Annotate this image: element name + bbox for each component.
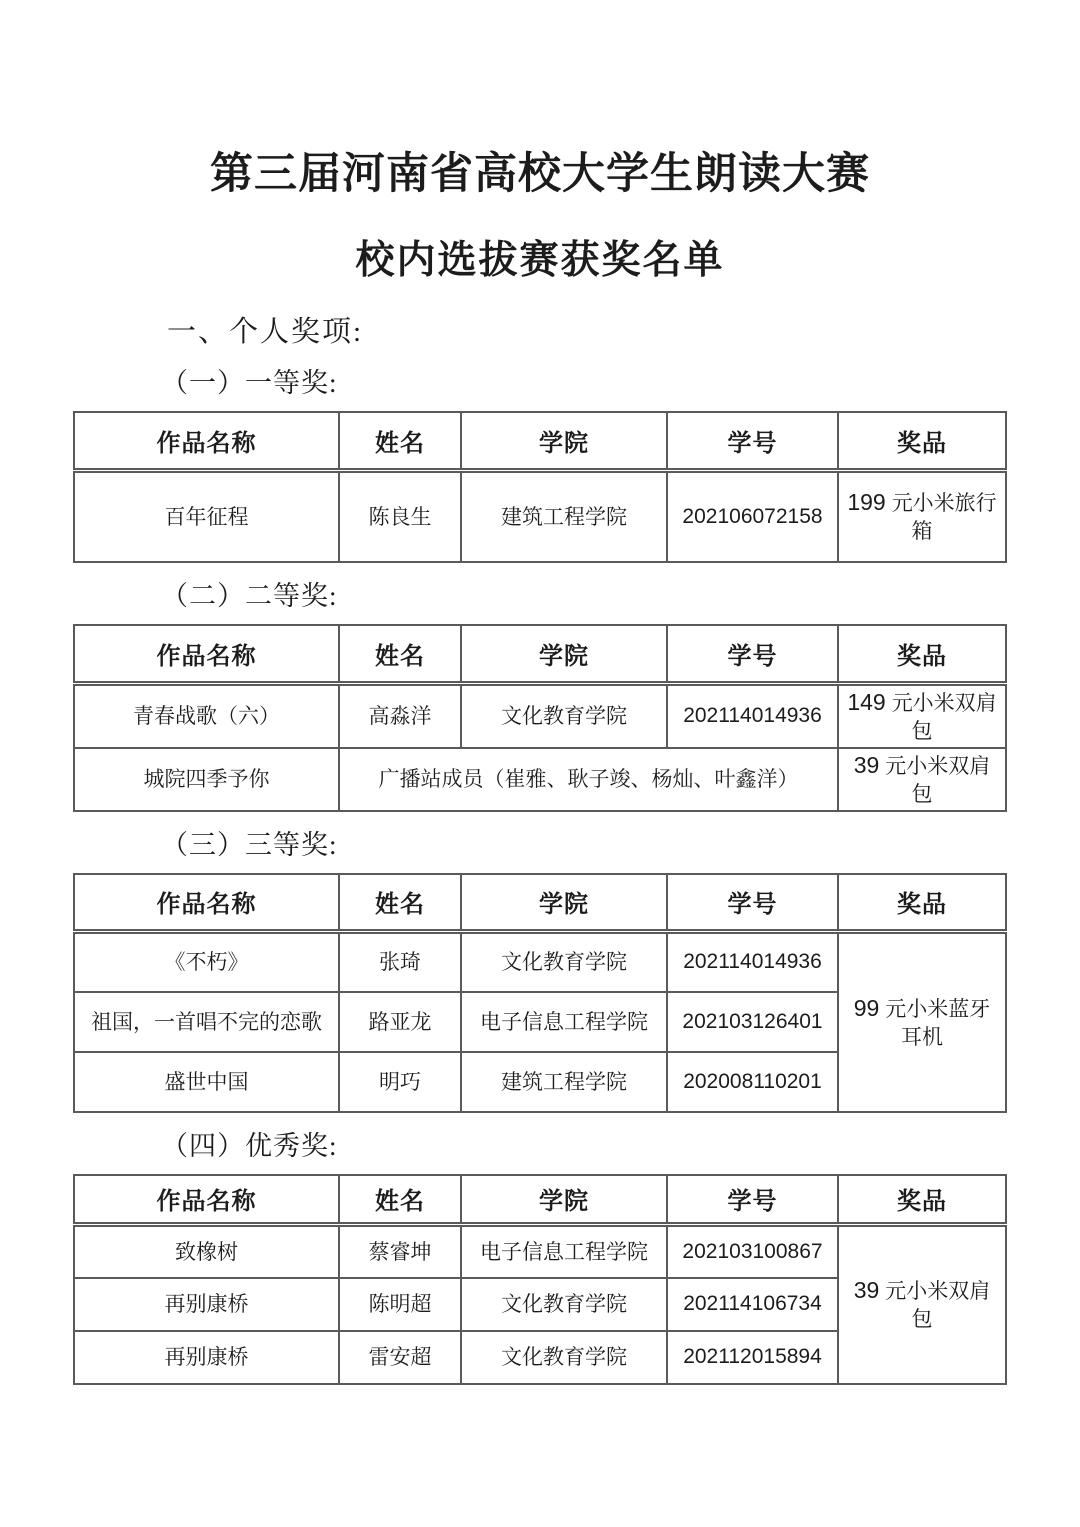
column-header-name: 姓名 bbox=[339, 625, 461, 683]
work-cell: 再别康桥 bbox=[74, 1278, 339, 1331]
table-row: 城院四季予你 广播站成员（崔雅、耿子竣、杨灿、叶鑫洋） 39元小米双肩包 bbox=[74, 748, 1006, 811]
table-header-row: 作品名称 姓名 学院 学号 奖品 bbox=[74, 1175, 1006, 1225]
column-header-college: 学院 bbox=[461, 625, 667, 683]
name-cell: 张琦 bbox=[339, 932, 461, 992]
college-cell: 电子信息工程学院 bbox=[461, 992, 667, 1052]
subsection-label-excellence-prize: （四）优秀奖: bbox=[161, 1128, 1080, 1164]
column-header-student-id: 学号 bbox=[667, 1175, 838, 1225]
work-cell: 再别康桥 bbox=[74, 1331, 339, 1384]
student-id-cell: 202008110201 bbox=[667, 1052, 838, 1112]
prize-desc: 元小米旅行箱 bbox=[892, 491, 997, 543]
section-heading-individual-awards: 一、个人奖项: bbox=[167, 314, 1080, 350]
column-header-work: 作品名称 bbox=[74, 874, 339, 932]
name-cell: 陈明超 bbox=[339, 1278, 461, 1331]
work-cell: 百年征程 bbox=[74, 470, 339, 562]
prize-cell-merged: 99元小米蓝牙耳机 bbox=[838, 932, 1006, 1112]
prize-amount: 39 bbox=[854, 752, 880, 778]
student-id-cell: 202114106734 bbox=[667, 1278, 838, 1331]
prize-cell-merged: 39元小米双肩包 bbox=[838, 1225, 1006, 1384]
prize-cell: 199元小米旅行箱 bbox=[838, 470, 1006, 562]
third-prize-table: 作品名称 姓名 学院 学号 奖品 《不朽》 张琦 文化教育学院 20211401… bbox=[73, 873, 1007, 1113]
work-cell: 青春战歌（六） bbox=[74, 683, 339, 748]
prize-desc: 元小米双肩包 bbox=[885, 1279, 990, 1331]
subsection-label-third-prize: （三）三等奖: bbox=[161, 827, 1080, 863]
column-header-college: 学院 bbox=[461, 412, 667, 470]
award-section-third-prize: （三）三等奖: 作品名称 姓名 学院 学号 奖品 《不朽》 张琦 文化教育学院 bbox=[0, 827, 1080, 1113]
subsection-label-second-prize: （二）二等奖: bbox=[161, 578, 1080, 614]
column-header-work: 作品名称 bbox=[74, 412, 339, 470]
name-cell: 陈良生 bbox=[339, 470, 461, 562]
prize-cell: 39元小米双肩包 bbox=[838, 748, 1006, 811]
work-cell: 盛世中国 bbox=[74, 1052, 339, 1112]
prize-desc: 元小米蓝牙耳机 bbox=[885, 997, 990, 1049]
college-cell: 文化教育学院 bbox=[461, 1331, 667, 1384]
student-id-cell: 202103126401 bbox=[667, 992, 838, 1052]
table-row: 百年征程 陈良生 建筑工程学院 202106072158 199元小米旅行箱 bbox=[74, 470, 1006, 562]
table-header-row: 作品名称 姓名 学院 学号 奖品 bbox=[74, 412, 1006, 470]
column-header-student-id: 学号 bbox=[667, 412, 838, 470]
column-header-name: 姓名 bbox=[339, 874, 461, 932]
college-cell: 文化教育学院 bbox=[461, 932, 667, 992]
work-cell: 祖国，一首唱不完的恋歌 bbox=[74, 992, 339, 1052]
column-header-name: 姓名 bbox=[339, 1175, 461, 1225]
student-id-cell: 202112015894 bbox=[667, 1331, 838, 1384]
document-page: 第三届河南省高校大学生朗读大赛 校内选拔赛获奖名单 一、个人奖项: （一）一等奖… bbox=[0, 0, 1080, 1527]
subsection-label-first-prize: （一）一等奖: bbox=[161, 365, 1080, 401]
name-cell: 明巧 bbox=[339, 1052, 461, 1112]
college-cell: 建筑工程学院 bbox=[461, 1052, 667, 1112]
name-cell: 高淼洋 bbox=[339, 683, 461, 748]
college-cell: 文化教育学院 bbox=[461, 1278, 667, 1331]
work-cell: 致橡树 bbox=[74, 1225, 339, 1278]
prize-cell: 149元小米双肩包 bbox=[838, 683, 1006, 748]
table-row: 青春战歌（六） 高淼洋 文化教育学院 202114014936 149元小米双肩… bbox=[74, 683, 1006, 748]
column-header-name: 姓名 bbox=[339, 412, 461, 470]
prize-amount: 199 bbox=[847, 489, 885, 515]
award-section-first-prize: （一）一等奖: 作品名称 姓名 学院 学号 奖品 百年征程 陈良生 建筑工程学院 bbox=[0, 365, 1080, 563]
college-cell: 建筑工程学院 bbox=[461, 470, 667, 562]
name-cell: 蔡睿坤 bbox=[339, 1225, 461, 1278]
student-id-cell: 202103100867 bbox=[667, 1225, 838, 1278]
student-id-cell: 202106072158 bbox=[667, 470, 838, 562]
table-header-row: 作品名称 姓名 学院 学号 奖品 bbox=[74, 874, 1006, 932]
college-cell: 文化教育学院 bbox=[461, 683, 667, 748]
table-row: 《不朽》 张琦 文化教育学院 202114014936 99元小米蓝牙耳机 bbox=[74, 932, 1006, 992]
column-header-student-id: 学号 bbox=[667, 874, 838, 932]
student-id-cell: 202114014936 bbox=[667, 932, 838, 992]
prize-desc: 元小米双肩包 bbox=[885, 754, 990, 806]
column-header-prize: 奖品 bbox=[838, 874, 1006, 932]
award-section-second-prize: （二）二等奖: 作品名称 姓名 学院 学号 奖品 青春战歌（六） 高淼洋 文化教… bbox=[0, 578, 1080, 812]
work-cell: 《不朽》 bbox=[74, 932, 339, 992]
table-header-row: 作品名称 姓名 学院 学号 奖品 bbox=[74, 625, 1006, 683]
name-cell: 雷安超 bbox=[339, 1331, 461, 1384]
award-section-excellence-prize: （四）优秀奖: 作品名称 姓名 学院 学号 奖品 致橡树 蔡睿坤 电子信息工程学… bbox=[0, 1128, 1080, 1385]
prize-desc: 元小米双肩包 bbox=[892, 691, 997, 743]
column-header-prize: 奖品 bbox=[838, 1175, 1006, 1225]
prize-amount: 149 bbox=[847, 689, 885, 715]
table-row: 致橡树 蔡睿坤 电子信息工程学院 202103100867 39元小米双肩包 bbox=[74, 1225, 1006, 1278]
column-header-college: 学院 bbox=[461, 874, 667, 932]
first-prize-table: 作品名称 姓名 学院 学号 奖品 百年征程 陈良生 建筑工程学院 2021060… bbox=[73, 411, 1007, 563]
column-header-prize: 奖品 bbox=[838, 412, 1006, 470]
prize-amount: 99 bbox=[854, 995, 880, 1021]
document-subtitle: 校内选拔赛获奖名单 bbox=[0, 235, 1080, 287]
column-header-college: 学院 bbox=[461, 1175, 667, 1225]
work-cell: 城院四季予你 bbox=[74, 748, 339, 811]
column-header-prize: 奖品 bbox=[838, 625, 1006, 683]
document-title: 第三届河南省高校大学生朗读大赛 bbox=[0, 146, 1080, 204]
excellence-prize-table: 作品名称 姓名 学院 学号 奖品 致橡树 蔡睿坤 电子信息工程学院 202103… bbox=[73, 1174, 1007, 1385]
column-header-student-id: 学号 bbox=[667, 625, 838, 683]
college-cell: 电子信息工程学院 bbox=[461, 1225, 667, 1278]
group-members-cell: 广播站成员（崔雅、耿子竣、杨灿、叶鑫洋） bbox=[339, 748, 838, 811]
name-cell: 路亚龙 bbox=[339, 992, 461, 1052]
prize-amount: 39 bbox=[854, 1277, 880, 1303]
second-prize-table: 作品名称 姓名 学院 学号 奖品 青春战歌（六） 高淼洋 文化教育学院 2021… bbox=[73, 624, 1007, 812]
column-header-work: 作品名称 bbox=[74, 625, 339, 683]
student-id-cell: 202114014936 bbox=[667, 683, 838, 748]
column-header-work: 作品名称 bbox=[74, 1175, 339, 1225]
